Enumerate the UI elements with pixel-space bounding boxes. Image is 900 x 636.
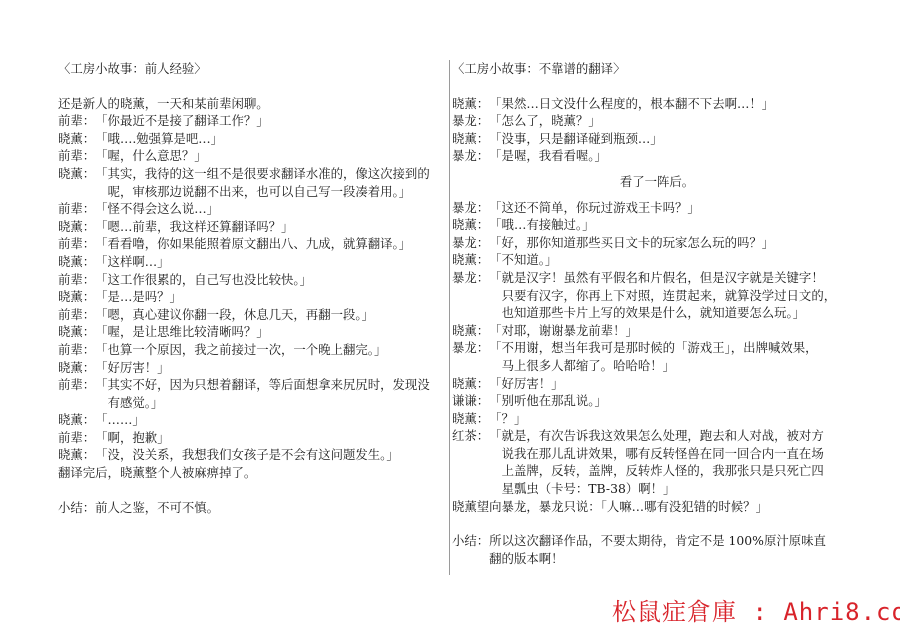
dialogue-line: 暴龙：「就是汉字！虽然有平假名和片假名，但是汉字就是关键字！只要有汉字，你再上下…: [452, 269, 862, 322]
speaker-colon: ：: [83, 429, 95, 447]
left-dialogue: 前辈：「你最近不是接了翻译工作？」晓薰：「哦….勉强算是吧…」前辈：「喔，什么意…: [58, 112, 438, 464]
speech-text: 也知道那些卡片上写的效果是什么，就知道要怎么玩。」: [489, 304, 862, 322]
speaker-colon: ：: [83, 165, 95, 200]
speaker-name: 晓薰: [58, 218, 83, 236]
summary-text: 前人之鉴，不可不慎。: [95, 499, 219, 517]
summary-line: 所以这次翻译作品，不要太期待，肯定不是 100%原汁原味直: [489, 532, 862, 550]
dialogue-line: 前辈：「喔，什么意思？」: [58, 147, 438, 165]
dialogue-line: 晓薰：「好厉害！」: [452, 375, 862, 393]
right-story-title: 〈工房小故事：不靠谱的翻译〉: [452, 60, 862, 78]
speech-text: 「就是，有次告诉我这效果怎么处理，跑去和人对战，被对方: [489, 427, 862, 445]
dialogue-line: 晓薰：「没事，只是翻译碰到瓶颈…」: [452, 130, 862, 148]
right-summary: 小结： 所以这次翻译作品，不要太期待，肯定不是 100%原汁原味直 翻的版本啊！: [452, 532, 862, 567]
dialogue-line: 晓薰：「哦…有接触过。」: [452, 216, 862, 234]
dialogue-line: 晓薰：「……」: [58, 411, 438, 429]
speaker-name: 晓薰: [58, 359, 83, 377]
dialogue-line: 晓薰：「哦….勉强算是吧…」: [58, 130, 438, 148]
dialogue-line: 前辈：「嗯，真心建议你翻一段，休息几天，再翻一段。」: [58, 306, 438, 324]
speaker-name: 前辈: [58, 429, 83, 447]
dialogue-line: 前辈：「看看噜，你如果能照着原文翻出八、九成，就算翻译。」: [58, 235, 438, 253]
speaker-colon: ：: [83, 288, 95, 306]
speaker-name: 晓薰: [58, 323, 83, 341]
dialogue-line: 暴龙：「这还不简单，你玩过游戏王卡吗？」: [452, 199, 862, 217]
speaker-colon: ：: [83, 359, 95, 377]
summary-line: 翻的版本啊！: [489, 550, 862, 568]
dialogue-line: 暴龙：「怎么了，晓薰？」: [452, 112, 862, 130]
speech-text: 「这样啊…」: [95, 253, 438, 271]
speech-text: 「是…是吗？」: [95, 288, 438, 306]
right-story-column: 〈工房小故事：不靠谱的翻译〉 晓薰：「果然…日文没什么程度的，根本翻不下去啊…！…: [452, 60, 862, 567]
speech-text: 「这工作很累的，自己写也没比较快。」: [95, 271, 438, 289]
speech-text: 「就是汉字！虽然有平假名和片假名，但是汉字就是关键字！: [489, 269, 862, 287]
speaker-name: 红茶: [452, 427, 477, 497]
speech-text: 说我在那儿乱讲效果，哪有反转怪兽在同一回合内一直在场: [489, 445, 862, 463]
speaker-colon: ：: [83, 200, 95, 218]
speaker-colon: ：: [83, 323, 95, 341]
speaker-colon: ：: [477, 147, 489, 165]
dialogue-line: 前辈：「这工作很累的，自己写也没比较快。」: [58, 271, 438, 289]
speaker-colon: ：: [477, 216, 489, 234]
speaker-name: 晓薰: [452, 375, 477, 393]
speaker-colon: ：: [83, 235, 95, 253]
speaker-name: 晓薰: [58, 130, 83, 148]
dialogue-line: 暴龙：「是喔，我看看喔。」: [452, 147, 862, 165]
speaker-colon: ：: [83, 306, 95, 324]
speech-text: 只要有汉字，你再上下对照，连贯起来，就算没学过日文的，: [489, 287, 862, 305]
dialogue-line: 晓薰：「是…是吗？」: [58, 288, 438, 306]
dialogue-line: 红茶：「就是，有次告诉我这效果怎么处理，跑去和人对战，被对方说我在那儿乱讲效果，…: [452, 427, 862, 497]
speech-text: 「喔，是让思维比较清晰吗？」: [95, 323, 438, 341]
speaker-colon: ：: [83, 253, 95, 271]
speaker-name: 前辈: [58, 306, 83, 324]
speaker-name: 晓薰: [452, 95, 477, 113]
speaker-colon: ：: [83, 218, 95, 236]
speaker-colon: ：: [477, 251, 489, 269]
speaker-colon: ：: [83, 271, 95, 289]
speaker-colon: ：: [477, 112, 489, 130]
speech-text: 「喔，什么意思？」: [95, 147, 438, 165]
speech-text: 「果然…日文没什么程度的，根本翻不下去啊…！」: [489, 95, 862, 113]
speaker-name: 晓薰: [452, 216, 477, 234]
speech-text: 「嗯，真心建议你翻一段，休息几天，再翻一段。」: [95, 306, 438, 324]
dialogue-line: 晓薰：「其实，我待的这一组不是很要求翻译水准的，像这次接到的呢，审核那边说翻不出…: [58, 165, 438, 200]
speaker-name: 前辈: [58, 200, 83, 218]
speaker-colon: ：: [477, 95, 489, 113]
speech-text: 「是喔，我看看喔。」: [489, 147, 862, 165]
speaker-name: 晓薰: [452, 130, 477, 148]
speech-text: 有感觉。」: [95, 394, 438, 412]
speech-text: 「没事，只是翻译碰到瓶颈…」: [489, 130, 862, 148]
speaker-colon: ：: [477, 427, 489, 497]
speech-text: 上盖牌，反转，盖牌，反转炸人怪的，我那张只是只死亡四: [489, 462, 862, 480]
speech-text: 「不用谢，想当年我可是那时候的「游戏王」，出牌喊效果，: [489, 339, 862, 357]
speaker-colon: ：: [83, 446, 95, 464]
speech-text: 「其实不好，因为只想着翻译，等后面想拿来尻尻时，发现没: [95, 376, 438, 394]
speech-text: 「也算一个原因，我之前接过一次，一个晚上翻完。」: [95, 341, 438, 359]
dialogue-line: 前辈：「其实不好，因为只想着翻译，等后面想拿来尻尻时，发现没有感觉。」: [58, 376, 438, 411]
speaker-colon: ：: [83, 112, 95, 130]
speaker-colon: ：: [477, 339, 489, 374]
dialogue-line: 前辈：「也算一个原因，我之前接过一次，一个晚上翻完。」: [58, 341, 438, 359]
speaker-colon: ：: [477, 130, 489, 148]
speaker-colon: ：: [477, 410, 489, 428]
speaker-colon: ：: [83, 411, 95, 429]
left-outro: 翻译完后，晓薰整个人被麻痹掉了。: [58, 464, 438, 482]
dialogue-line: 晓薰：「？」: [452, 410, 862, 428]
dialogue-line: 前辈：「啊，抱歉」: [58, 429, 438, 447]
speaker-name: 暴龙: [452, 234, 477, 252]
dialogue-line: 晓薰：「果然…日文没什么程度的，根本翻不下去啊…！」: [452, 95, 862, 113]
speech-text: 「没，没关系，我想我们女孩子是不会有这问题发生。」: [95, 446, 438, 464]
speech-text: 「对耶，谢谢暴龙前辈！」: [489, 322, 862, 340]
speech-text: 「你最近不是接了翻译工作？」: [95, 112, 438, 130]
speaker-colon: ：: [83, 376, 95, 411]
speaker-colon: ：: [477, 199, 489, 217]
speaker-name: 前辈: [58, 376, 83, 411]
speaker-name: 前辈: [58, 235, 83, 253]
dialogue-line: 晓薰：「对耶，谢谢暴龙前辈！」: [452, 322, 862, 340]
speaker-colon: ：: [477, 269, 489, 322]
speaker-name: 晓薰: [452, 251, 477, 269]
dialogue-line: 晓薰：「喔，是让思维比较清晰吗？」: [58, 323, 438, 341]
summary-label: 小结: [58, 499, 83, 517]
speech-text: 「别听他在那乱说。」: [489, 392, 862, 410]
speech-text: 「啊，抱歉」: [95, 429, 438, 447]
right-dialogue-b: 暴龙：「这还不简单，你玩过游戏王卡吗？」晓薰：「哦…有接触过。」暴龙：「好，那你…: [452, 199, 862, 498]
speaker-colon: ：: [477, 392, 489, 410]
speech-text: 「嗯…前辈，我这样还算翻译吗？」: [95, 218, 438, 236]
speaker-colon: ：: [83, 341, 95, 359]
speech-text: 「……」: [95, 411, 438, 429]
speech-text: 「好厉害！」: [489, 375, 862, 393]
speech-text: 「怎么了，晓薰？」: [489, 112, 862, 130]
speaker-colon: ：: [83, 147, 95, 165]
speaker-name: 暴龙: [452, 147, 477, 165]
dialogue-line: 前辈：「怪不得会这么说…」: [58, 200, 438, 218]
speaker-name: 暴龙: [452, 112, 477, 130]
speaker-name: 前辈: [58, 271, 83, 289]
left-story-column: 〈工房小故事：前人经验〉 还是新人的晓薰，一天和某前辈闲聊。 前辈：「你最近不是…: [58, 60, 438, 516]
summary-label: 小结: [452, 532, 477, 567]
dialogue-line: 暴龙：「好，那你知道那些买日文卡的玩家怎么玩的吗？」: [452, 234, 862, 252]
speech-text: 星瓢虫（卡号：TB-38）啊！」: [489, 480, 862, 498]
speaker-name: 晓薰: [58, 446, 83, 464]
speaker-name: 晓薰: [58, 288, 83, 306]
speaker-colon: ：: [83, 130, 95, 148]
speaker-name: 晓薰: [452, 322, 477, 340]
dialogue-line: 前辈：「你最近不是接了翻译工作？」: [58, 112, 438, 130]
speaker-colon: ：: [477, 375, 489, 393]
speech-text: 「哦….勉强算是吧…」: [95, 130, 438, 148]
speech-text: 「这还不简单，你玩过游戏王卡吗？」: [489, 199, 862, 217]
speaker-name: 暴龙: [452, 339, 477, 374]
speech-text: 「好，那你知道那些买日文卡的玩家怎么玩的吗？」: [489, 234, 862, 252]
left-intro: 还是新人的晓薰，一天和某前辈闲聊。: [58, 95, 438, 113]
speaker-name: 前辈: [58, 147, 83, 165]
right-outro: 晓薰望向暴龙，暴龙只说：「人嘛…哪有没犯错的时候？」: [452, 498, 862, 516]
speaker-name: 晓薰: [452, 410, 477, 428]
speaker-name: 谦谦: [452, 392, 477, 410]
speaker-colon: ：: [477, 322, 489, 340]
speech-text: 「？」: [489, 410, 862, 428]
left-summary: 小结：前人之鉴，不可不慎。: [58, 499, 438, 517]
speaker-name: 晓薰: [58, 165, 83, 200]
dialogue-line: 谦谦：「别听他在那乱说。」: [452, 392, 862, 410]
dialogue-line: 晓薰：「好厉害！」: [58, 359, 438, 377]
interlude-text: 看了一阵后。: [452, 173, 862, 191]
dialogue-line: 暴龙：「不用谢，想当年我可是那时候的「游戏王」，出牌喊效果，马上很多人都缩了。哈…: [452, 339, 862, 374]
speech-text: 「怪不得会这么说…」: [95, 200, 438, 218]
site-watermark: 松鼠症倉庫 : Ahri8.com: [612, 592, 900, 627]
speaker-name: 晓薰: [58, 411, 83, 429]
speaker-name: 暴龙: [452, 199, 477, 217]
dialogue-line: 晓薰：「没，没关系，我想我们女孩子是不会有这问题发生。」: [58, 446, 438, 464]
speaker-name: 暴龙: [452, 269, 477, 322]
column-divider: [449, 60, 450, 575]
speaker-name: 前辈: [58, 112, 83, 130]
speech-text: 「其实，我待的这一组不是很要求翻译水准的，像这次接到的: [95, 165, 438, 183]
speech-text: 「好厉害！」: [95, 359, 438, 377]
dialogue-line: 晓薰：「这样啊…」: [58, 253, 438, 271]
speech-text: 呢，审核那边说翻不出来，也可以自己写一段凑着用。」: [95, 183, 438, 201]
speech-text: 「不知道。」: [489, 251, 862, 269]
dialogue-line: 晓薰：「嗯…前辈，我这样还算翻译吗？」: [58, 218, 438, 236]
speech-text: 马上很多人都缩了。哈哈哈！」: [489, 357, 862, 375]
speech-text: 「看看噜，你如果能照着原文翻出八、九成，就算翻译。」: [95, 235, 438, 253]
left-story-title: 〈工房小故事：前人经验〉: [58, 60, 438, 78]
right-dialogue-a: 晓薰：「果然…日文没什么程度的，根本翻不下去啊…！」暴龙：「怎么了，晓薰？」晓薰…: [452, 95, 862, 165]
speech-text: 「哦…有接触过。」: [489, 216, 862, 234]
speaker-name: 晓薰: [58, 253, 83, 271]
speaker-name: 前辈: [58, 341, 83, 359]
speaker-colon: ：: [477, 234, 489, 252]
dialogue-line: 晓薰：「不知道。」: [452, 251, 862, 269]
